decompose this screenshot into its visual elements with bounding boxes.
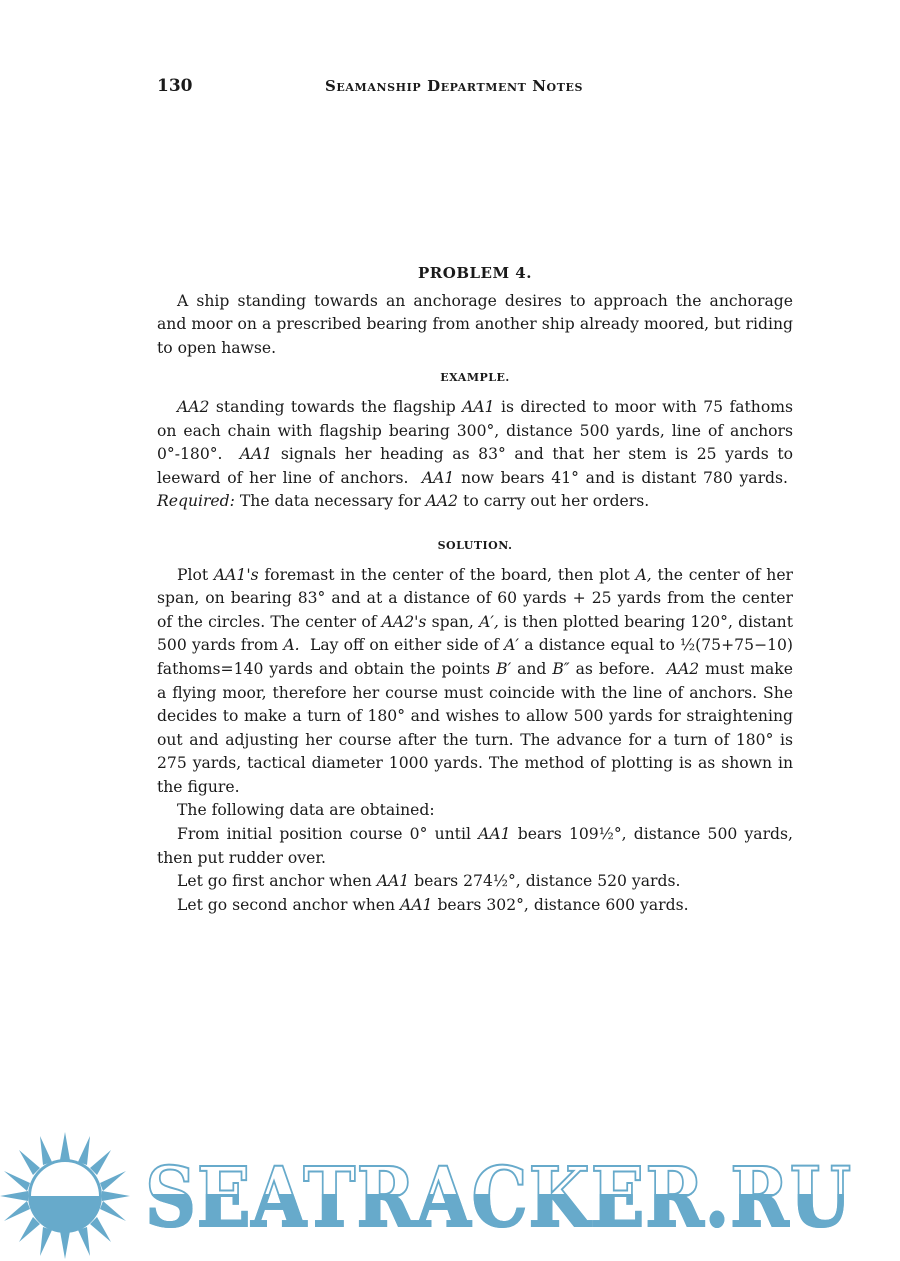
ship-ref: AA1's	[214, 566, 259, 584]
ship-ref: AA2	[426, 492, 458, 510]
ship-ref: AA1	[462, 398, 494, 416]
ship-ref: AA1	[478, 825, 510, 843]
running-head: 130 Seamanship Department Notes	[157, 76, 797, 98]
ship-ref: AA1	[377, 872, 409, 890]
point-ref: B″	[552, 660, 569, 678]
ship-ref: AA2's	[382, 613, 427, 631]
text: span,	[432, 613, 474, 631]
page-content: PROBLEM 4. A ship standing towards an an…	[157, 262, 793, 917]
point-ref: A,	[636, 566, 652, 584]
text: to carry out her orders.	[463, 492, 649, 510]
solution-paragraph: Plot AA1's foremast in the center of the…	[157, 564, 793, 800]
ship-ref: AA1	[400, 896, 432, 914]
text: now bears 41° and is distant 780 yards.	[461, 469, 788, 487]
text: Let go first anchor when	[177, 872, 372, 890]
point-ref: A′	[504, 636, 519, 654]
text: standing towards the flagship	[216, 398, 456, 416]
ship-ref: AA1	[422, 469, 454, 487]
example-paragraph: AA2 standing towards the flagship AA1 is…	[157, 396, 793, 514]
watermark-text: SEATRACKER.RU	[145, 1148, 852, 1248]
text: foremast in the center of the board, the…	[264, 566, 629, 584]
text: must make a flying moor, therefore her c…	[157, 660, 793, 796]
text: bears 302°, distance 600 yards.	[437, 896, 688, 914]
text: The data necessary for	[240, 492, 421, 510]
text: and	[517, 660, 546, 678]
ship-ref: AA2	[667, 660, 699, 678]
problem-heading: PROBLEM 4.	[157, 262, 793, 286]
sun-logo-icon	[0, 1130, 130, 1261]
running-title: Seamanship Department Notes	[325, 77, 583, 95]
data-intro: The following data are obtained:	[157, 799, 793, 823]
page-number: 130	[157, 76, 193, 96]
point-ref: A.	[283, 636, 299, 654]
ship-ref: AA1	[240, 445, 272, 463]
watermark: SEATRACKER.RU	[0, 1130, 900, 1261]
solution-heading: SOLUTION.	[157, 534, 793, 558]
problem-statement: A ship standing towards an anchorage des…	[157, 290, 793, 361]
text: Let go second anchor when	[177, 896, 395, 914]
text: Plot	[177, 566, 208, 584]
required-label: Required:	[157, 492, 235, 510]
ship-ref: AA2	[177, 398, 209, 416]
data-line-3: Let go second anchor when AA1 bears 302°…	[157, 894, 793, 918]
data-line-2: Let go first anchor when AA1 bears 274½°…	[157, 870, 793, 894]
example-heading: EXAMPLE.	[157, 366, 793, 390]
point-ref: B′	[496, 660, 511, 678]
text: as before.	[576, 660, 655, 678]
text: bears 274½°, distance 520 yards.	[414, 872, 680, 890]
text: From initial position course 0° until	[177, 825, 471, 843]
data-line-1: From initial position course 0° until AA…	[157, 823, 793, 870]
document-page: 130 Seamanship Department Notes PROBLEM …	[0, 0, 900, 1261]
text: Lay off on either side of	[310, 636, 499, 654]
point-ref: A′,	[479, 613, 499, 631]
